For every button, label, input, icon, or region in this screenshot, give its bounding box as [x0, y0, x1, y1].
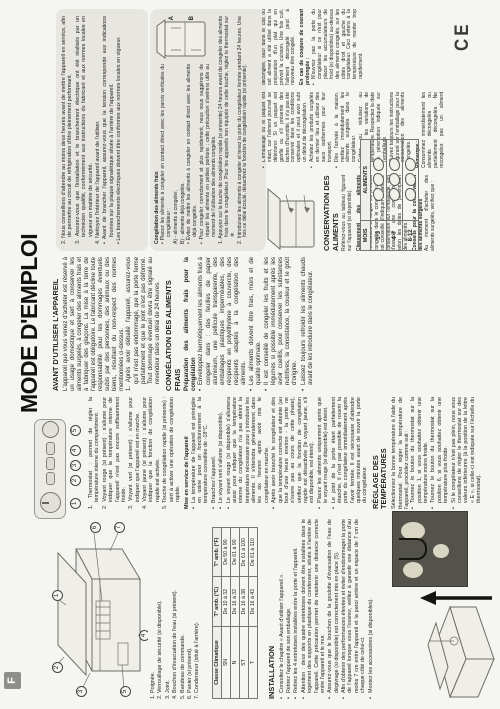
photo-highlight: [403, 562, 423, 578]
reglage-item: Si le congélateur n'est pas plein, nous …: [451, 397, 483, 509]
storage-col-foods: ALIMENTS: [361, 140, 371, 221]
climate-class-table: Classe Climatique T° amb. (°C) T° amb. (…: [212, 527, 258, 699]
climate-col-tempc: T° amb. (°C): [213, 577, 222, 627]
sausage-icon: [389, 188, 400, 201]
control-panel-body: [34, 419, 66, 519]
mise-en-service-item: Le joint de la porte étant parfaitement …: [331, 397, 369, 509]
climate-table-row: ST De 16 à 38 De 61 à 100: [240, 528, 249, 699]
bread-icon: [373, 173, 384, 186]
diagram-callout-6: 6: [90, 522, 101, 533]
congelation-heading: CONGÉLATION DES ALIMENTS FRAIS: [165, 257, 182, 391]
climate-tempf-cell: De 50 à 90: [222, 528, 231, 577]
diagram-callout-2: 2: [52, 662, 63, 673]
column-legend-service: 1. Thermostat : permet de régler la temp…: [88, 397, 498, 509]
label-a: A: [169, 16, 176, 20]
panel-callout-1: 1: [70, 498, 81, 509]
page-title: MODE D'EMPLOI: [16, 234, 43, 413]
storage-months-cell: 1-3: [371, 220, 387, 250]
fast-freeze-button-icon: [42, 421, 59, 438]
freezing-item: 2. Introduisez les aliments à congeler e…: [238, 16, 250, 244]
climate-col-tempf: T° amb. (°F): [213, 528, 222, 577]
installation-section: INSTALLATION Consultez le chapitre « Ava…: [268, 519, 392, 699]
conservation-section: CONSERVATION DES ALIMENTS Référez-vous a…: [262, 9, 448, 251]
climate-tempc-cell: De 10 à 32: [222, 577, 231, 627]
panel-callout-2: 2: [70, 475, 81, 486]
mise-en-service-item: Placez les aliments uniquement après que…: [317, 397, 330, 509]
fruit-icon: [405, 158, 416, 171]
conservation-intro: Référez-vous au tableau figurant sur l'a…: [342, 175, 354, 251]
storage-table-row: 8-12: [403, 140, 419, 251]
meat-icon: [405, 188, 416, 201]
installation-item: Assurez-vous que le bouchon de la goulot…: [327, 519, 340, 699]
panel-legend-item: 2. Voyant rouge (si présent) : s'allume …: [102, 397, 128, 509]
climate-tempf-cell: De 61 à 90: [231, 528, 240, 577]
mise-en-service-list: La température de l'appareil est prérégl…: [191, 397, 369, 509]
parts-list-item: 1. Poignée.: [150, 523, 156, 699]
storage-months-table: MOIS ALIMENTS 1-3 4-7 8-12: [360, 139, 419, 251]
panel-legend-list: 1. Thermostat : permet de régler la temp…: [88, 397, 181, 509]
climate-class-cell: SN: [222, 627, 231, 699]
reglage-item: Tournez le bouton du thermostat sur la p…: [430, 397, 449, 509]
thermostat-knob-icon: [40, 492, 61, 513]
climate-table-row: N De 16 à 32 De 61 à 90: [231, 528, 240, 699]
avant-heading: AVANT D'UTILISER L'APPAREIL: [52, 257, 61, 391]
climate-class-cell: ST: [240, 627, 249, 699]
freezer-diagram: 1 2 3 4 5 6 7: [52, 517, 148, 701]
safety-note-item: 4. Nettoyez l'intérieur de l'appareil av…: [95, 16, 101, 244]
installation-item: Retirez les 4 entretoises installées ent…: [293, 519, 299, 699]
panel-legend-item: 4. Voyant jaune (si présent) : s'allume …: [142, 397, 161, 509]
preparation-subheading: Préparation des aliments frais pour la c…: [184, 257, 198, 391]
diagram-callout-4: 4: [139, 630, 148, 641]
conseils-item: L'emballage ou le paquet est intact, car…: [262, 92, 309, 168]
parts-list-item: 2. Verrouillage de sécurité (si disponib…: [157, 523, 163, 699]
climate-class-cell: N: [231, 627, 240, 699]
parts-list-item: 5. Bandeau de commande.: [180, 523, 186, 699]
climate-tempc-cell: De 16 à 38: [240, 577, 249, 627]
reglage-heading: RÉGLAGE DES TEMPÉRATURES: [372, 397, 389, 509]
climate-table-header-row: Classe Climatique T° amb. (°C) T° amb. (…: [213, 528, 222, 699]
storage-foods-cell: [371, 140, 387, 221]
safety-note-item: 3. Assurez-vous que l'installation et le…: [75, 16, 94, 244]
reglage-intro: Sélectionnez la bonne température à l'ai…: [391, 397, 410, 509]
safety-notes-panel: 2. Nous conseillons d'attendre au moins …: [56, 9, 148, 251]
yellow-indicator-icon: [46, 442, 55, 455]
ce-mark: CE: [451, 21, 474, 51]
mise-en-service-item: Le voyant rouge (si disponible) s'allume…: [226, 397, 271, 509]
green-indicator-icon: [46, 457, 55, 470]
storage-table-row: 1-3: [371, 140, 387, 251]
conseils-item: Dès l'arrivée à la maison, mettez immédi…: [335, 92, 359, 168]
storage-table-header-row: MOIS ALIMENTS: [361, 140, 371, 251]
reglage-item: Tournez le bouton du thermostat sur la p…: [410, 397, 429, 509]
coupure-item: N'ouvrez pas la porte du congélateur si …: [312, 9, 365, 85]
safety-notes-list: 2. Nous conseillons d'attendre au moins …: [61, 16, 122, 244]
cheese-icon: [389, 158, 400, 171]
climate-table-row: SN De 10 à 32 De 50 à 90: [222, 528, 231, 699]
coupure-list: N'ouvrez pas la porte du congélateur si …: [312, 9, 365, 85]
climate-col-class: Classe Climatique: [213, 627, 222, 699]
preparation-list: Enveloppez hermétiquement les aliments f…: [198, 257, 314, 391]
storage-foods-cell: [387, 140, 403, 221]
installation-item: Afin d'obtenir des performances élevées …: [341, 519, 367, 699]
freezing-instructions-panel: A B Congélation des aliments frais • Pla…: [150, 9, 266, 251]
drain-tube-shape: [399, 538, 427, 560]
climate-class-cell: T: [249, 627, 258, 699]
icecream-icon: [373, 188, 384, 201]
installation-item: Attention : deux des quatre entretoises …: [301, 519, 327, 699]
climate-tempf-cell: De 61 à 110: [249, 528, 258, 577]
preparation-item: Enveloppez hermétiquement les aliments f…: [198, 257, 248, 391]
preparation-item: Il est conseillé de congeler les fruits …: [264, 257, 299, 391]
red-indicator-icon: [46, 472, 55, 485]
climate-tempf-cell: De 61 à 100: [240, 528, 249, 577]
mise-en-service-item: Branchez l'appareil.: [211, 397, 217, 509]
preparation-item: Laissez toujours refroidir les aliments …: [301, 257, 315, 391]
installation-item: Consultez le chapitre « Avant d'utiliser…: [279, 519, 285, 699]
conseils-intro: Au moment d'acheter des aliments surgelé…: [425, 175, 437, 251]
storage-months-cell: 8-12: [403, 220, 419, 250]
climate-tempc-cell: De 16 à 32: [231, 577, 240, 627]
photo-highlight: [433, 544, 449, 558]
installation-heading: INSTALLATION: [268, 519, 277, 699]
mise-en-service-item: Après avoir branché le congélateur et dè…: [271, 397, 316, 509]
fish-icon: [389, 173, 400, 186]
column-avant-congelation: AVANT D'UTILISER L'APPAREIL L'appareil q…: [52, 257, 498, 391]
diagram-callout-1: 1: [52, 590, 63, 601]
panel-callout-3: 3: [70, 460, 81, 471]
poultry-icon: [405, 173, 416, 186]
installation-item: Retirez l'appareil de son emballage.: [286, 519, 292, 699]
label-b: B: [189, 16, 196, 20]
mise-en-service-item: La température de l'appareil est prérégl…: [191, 397, 210, 509]
parts-list-item: 7. Condenseur (situé à l'arrière).: [194, 523, 200, 699]
safety-note-item: 2. Nous conseillons d'attendre au moins …: [61, 16, 74, 244]
parts-list-item: 3. Joint.: [165, 523, 171, 699]
up-arrow-icon: [420, 591, 492, 605]
panel-callout-5: 5: [70, 425, 81, 436]
parts-list-item: 6. Panier (si présent).: [187, 523, 193, 699]
freezer-cross-section-icon: A B: [155, 16, 209, 60]
panel-legend-item: 3. Voyant vert (si présent) : s'allume p…: [128, 397, 141, 509]
panel-legend-item: 5. Touche de congélation rapide (si prés…: [162, 397, 181, 509]
avant-intro: L'appareil que vous venez d'acheter est …: [63, 257, 127, 391]
control-panel-figure: 1 2 3 4 5: [34, 417, 84, 519]
mise-en-service-item: Le voyant vert s'allume (si disponible).: [218, 397, 224, 509]
conseils-item: Achetez les produits surgelés en dernier…: [310, 92, 334, 168]
storage-foods-cell: [403, 140, 419, 221]
diagram-callout-3: 3: [76, 686, 87, 697]
parts-list-item: 4. Bouchon d'évacuation de l'eau (si pré…: [172, 523, 178, 699]
chest-freezer-drawing: [52, 517, 148, 701]
landscape-sheet: F MODE D'EMPLOI 1 2 3 4 5: [0, 0, 500, 709]
drain-plug-drawing: [410, 603, 496, 703]
climate-table-row: T De 16 à 43 De 61 à 110: [249, 528, 258, 699]
climate-tempc-cell: De 16 à 43: [249, 577, 258, 627]
preparation-item: Les aliments doivent être frais, mûrs et…: [249, 257, 263, 391]
scanned-manual-page: F MODE D'EMPLOI 1 2 3 4 5: [0, 0, 500, 709]
drain-area-photo: [392, 511, 468, 587]
conservation-heading: CONSERVATION DES ALIMENTS: [323, 175, 340, 251]
panel-callout-4: 4: [70, 445, 81, 456]
avant-item-1: 1. Après avoir déballé l'appareil, assur…: [126, 257, 161, 391]
safety-note-item: • Les branchements électriques doivent ê…: [116, 16, 122, 244]
freezing-item: 1. Appuyez sur la touche de congélation …: [219, 16, 237, 244]
installation-item: Montez les accessoires (si disponibles).: [368, 519, 374, 699]
storage-col-months: MOIS: [361, 220, 371, 250]
panel-legend-item: 1. Thermostat : permet de régler la temp…: [88, 397, 101, 509]
storage-months-cell: 4-7: [387, 220, 403, 250]
parts-list: 1. Poignée.2. Verrouillage de sécurité (…: [150, 523, 210, 699]
installation-list: Consultez le chapitre « Avant d'utiliser…: [279, 519, 374, 699]
language-tab-badge: F: [4, 672, 21, 689]
diagram-callout-7: 7: [114, 522, 125, 533]
reglage-list: Tournez le bouton du thermostat sur la p…: [410, 397, 482, 509]
shrimp-icon: [373, 158, 384, 171]
storage-table-row: 4-7: [387, 140, 403, 251]
safety-note-item: • Avant de brancher l'appareil, assurez-…: [102, 16, 115, 244]
conservation-illustration: [262, 175, 323, 251]
diagram-callout-5: 5: [120, 686, 131, 697]
